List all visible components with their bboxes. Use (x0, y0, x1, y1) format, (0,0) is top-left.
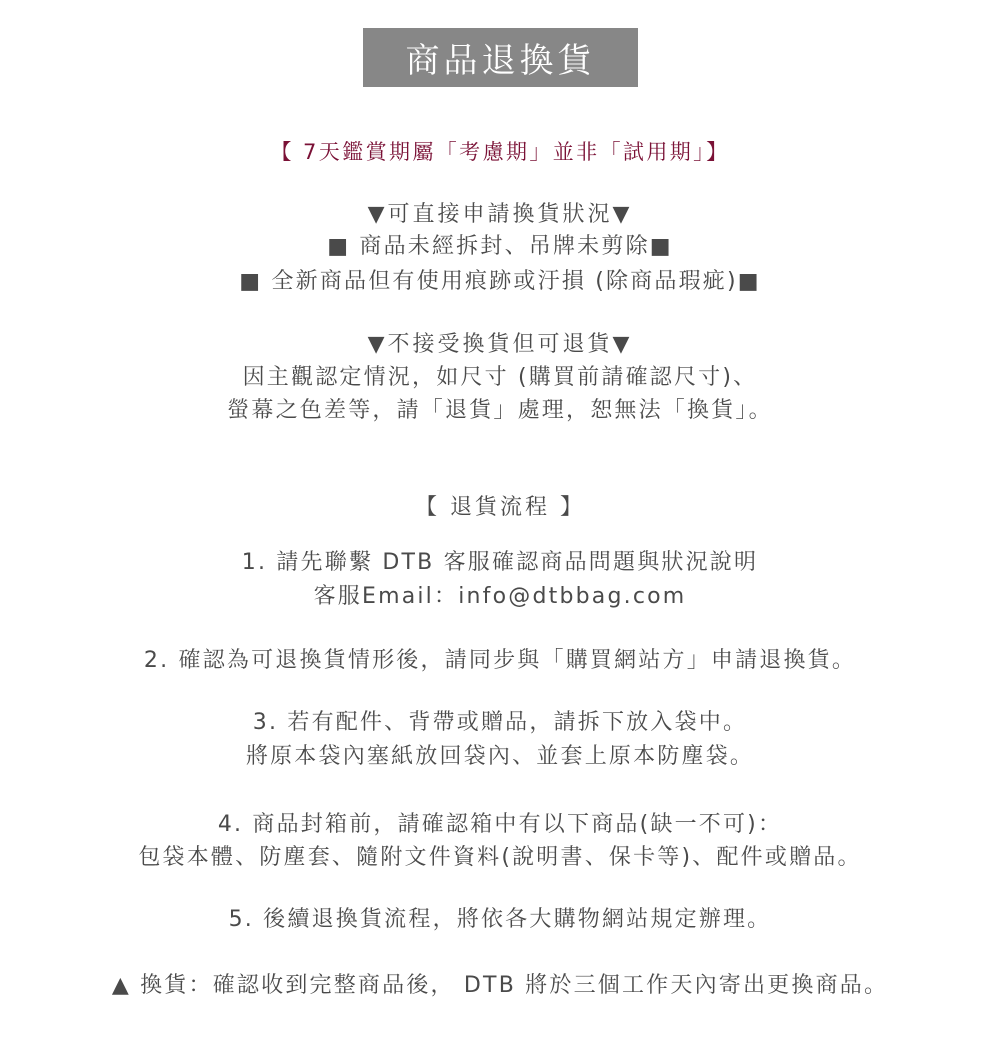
customer-service-email[interactable]: 客服Email：info@dtbbag.com (0, 582, 1000, 612)
return-exchange-policy-page: 商品退換貨 【 7天鑑賞期屬「考慮期」並非「試用期」】 ▼可直接申請換貨狀況▼ … (0, 0, 1000, 1039)
return-process-heading: 【 退貨流程 】 (0, 493, 1000, 523)
process-step-5: 5. 後續退換貨流程，將依各大購物網站規定辦理。 (0, 905, 1000, 935)
appreciation-period-notice: 【 7天鑑賞期屬「考慮期」並非「試用期」】 (0, 137, 1000, 167)
process-step-2: 2. 確認為可退換貨情形後，請同步與「購買網站方」申請退換貨。 (0, 646, 1000, 676)
return-only-heading: ▼不接受換貨但可退貨▼ (0, 330, 1000, 360)
process-step-3: 3. 若有配件、背帶或贈品，請拆下放入袋中。 (0, 708, 1000, 738)
return-only-text: 因主觀認定情況，如尺寸 (購買前請確認尺寸)、 (0, 363, 1000, 393)
page-title: 商品退換貨 (363, 28, 638, 87)
exchange-condition-item: ■ 商品未經拆封、吊牌未剪除■ (0, 232, 1000, 262)
exchange-condition-item: ■ 全新商品但有使用痕跡或汙損 (除商品瑕疵)■ (0, 267, 1000, 297)
process-step-4-detail: 包袋本體、防塵套、隨附文件資料(說明書、保卡等)、配件或贈品。 (0, 843, 1000, 873)
process-step-1: 1. 請先聯繫 DTB 客服確認商品問題與狀況說明 (0, 548, 1000, 578)
exchange-conditions-heading: ▼可直接申請換貨狀況▼ (0, 200, 1000, 230)
exchange-shipping-note: ▲ 換貨：確認收到完整商品後， DTB 將於三個工作天內寄出更換商品。 (0, 971, 1000, 1001)
process-step-3-detail: 將原本袋內塞紙放回袋內、並套上原本防塵袋。 (0, 742, 1000, 772)
return-only-text: 螢幕之色差等，請「退貨」處理，恕無法「換貨」。 (0, 396, 1000, 426)
page-title-text: 商品退換貨 (406, 33, 596, 82)
process-step-4: 4. 商品封箱前，請確認箱中有以下商品(缺一不可)： (0, 810, 1000, 840)
